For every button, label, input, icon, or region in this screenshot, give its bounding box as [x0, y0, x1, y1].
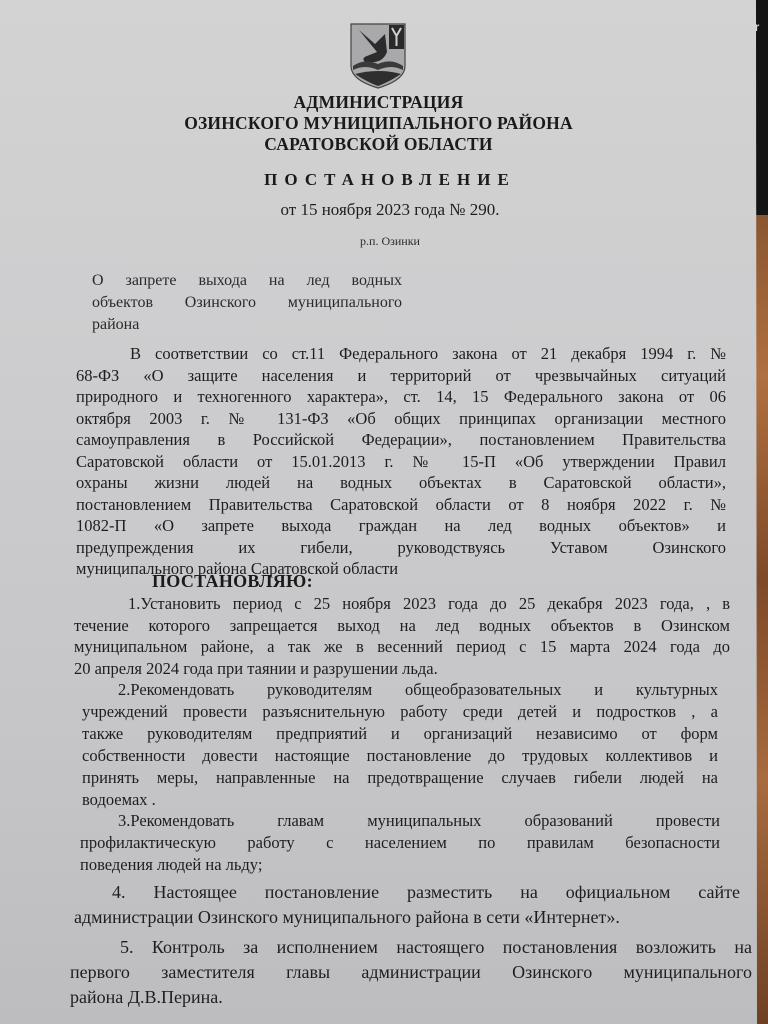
organization-name: АДМИНИСТРАЦИЯ ОЗИНСКОГО МУНИЦИПАЛЬНОГО Р… — [0, 92, 757, 155]
item-line: 1.Установить период с 25 ноября 2023 год… — [74, 593, 730, 615]
item-line: учреждений провести разъяснительную рабо… — [82, 701, 718, 723]
item-line: района Д.В.Перина. — [70, 985, 752, 1010]
preamble-line: 1082-П «О запрете выхода граждан на лед … — [76, 515, 726, 537]
item-line: 5. Контроль за исполнением настоящего по… — [70, 935, 752, 960]
item-line: профилактическую работу с населением по … — [80, 832, 720, 854]
preamble-line: самоуправления в Российской Федерации», … — [76, 429, 726, 451]
document-place: р.п. Озинки — [300, 234, 480, 249]
item-line: течение которого запрещается выход на ле… — [74, 615, 730, 637]
preamble-line: предупреждения их гибели, руководствуясь… — [76, 537, 726, 559]
item-line: администрации Озинского муниципального р… — [74, 905, 740, 930]
item-2-paragraph: 2.Рекомендовать руководителям общеобразо… — [82, 679, 718, 811]
preamble-line: 68-ФЗ «О защите населения и территорий о… — [76, 365, 726, 387]
document-date-number: от 15 ноября 2023 года № 290. — [200, 200, 580, 220]
item-line: 20 апреля 2024 года при таянии и разруше… — [74, 658, 730, 680]
preamble-line: постановлением Правительства Саратовской… — [76, 494, 726, 516]
preamble-line: Саратовской области от 15.01.2013 г. № 1… — [76, 451, 726, 473]
item-line: водоемах . — [82, 789, 718, 811]
preamble-line: природного и техногенного характера», ст… — [76, 386, 726, 408]
org-line-3: САРАТОВСКОЙ ОБЛАСТИ — [0, 134, 757, 155]
item-1-paragraph: 1.Установить период с 25 ноября 2023 год… — [74, 593, 730, 679]
item-3-paragraph: 3.Рекомендовать главам муниципальных обр… — [80, 810, 720, 876]
subject-line: О запрете выхода на лед водных — [92, 270, 402, 292]
subject-line: объектов Озинского муниципального — [92, 292, 402, 314]
item-5-paragraph: 5. Контроль за исполнением настоящего по… — [70, 935, 752, 1010]
document-type-title: ПОСТАНОВЛЕНИЕ — [260, 170, 520, 190]
org-line-1: АДМИНИСТРАЦИЯ — [0, 92, 757, 113]
coat-of-arms-icon — [349, 22, 407, 89]
item-line: собственности довести настоящие постанов… — [82, 745, 718, 767]
preamble-line: октября 2003 г. № 131-ФЗ «Об общих принц… — [76, 408, 726, 430]
subject-line: района — [92, 314, 402, 336]
item-line: первого заместителя главы администрации … — [70, 960, 752, 985]
document-page: АДМИНИСТРАЦИЯ ОЗИНСКОГО МУНИЦИПАЛЬНОГО Р… — [0, 0, 757, 1024]
item-line: также руководителям предприятий и органи… — [82, 723, 718, 745]
decree-heading: ПОСТАНОВЛЯЮ: — [152, 571, 313, 592]
item-4-paragraph: 4. Настоящее постановление разместить на… — [74, 880, 740, 930]
preamble-line: В соответствии со ст.11 Федерального зак… — [76, 343, 726, 365]
item-line: 3.Рекомендовать главам муниципальных обр… — [80, 810, 720, 832]
preamble-paragraph: В соответствии со ст.11 Федерального зак… — [76, 343, 726, 580]
org-line-2: ОЗИНСКОГО МУНИЦИПАЛЬНОГО РАЙОНА — [0, 113, 757, 134]
preamble-line: охраны жизни людей на водных объектах в … — [76, 472, 726, 494]
item-line: принять меры, направленные на предотвращ… — [82, 767, 718, 789]
item-line: 4. Настоящее постановление разместить на… — [74, 880, 740, 905]
document-subject: О запрете выхода на лед водных объектов … — [92, 270, 402, 336]
item-line: 2.Рекомендовать руководителям общеобразо… — [82, 679, 718, 701]
item-line: муниципальном районе, а так же в весенни… — [74, 636, 730, 658]
item-line: поведения людей на льду; — [80, 854, 720, 876]
